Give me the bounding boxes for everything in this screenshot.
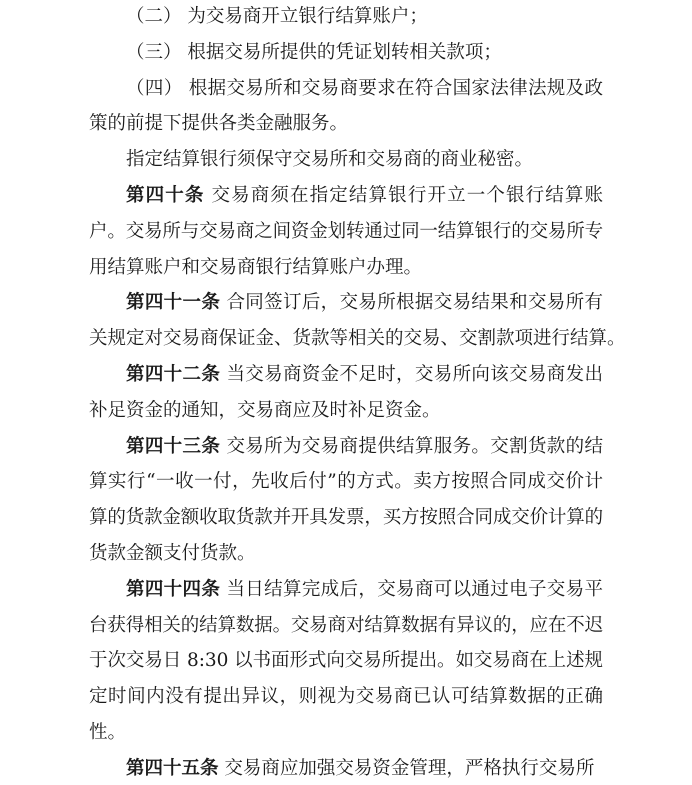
line-text: 策的前提下提供各类金融服务。 bbox=[89, 113, 348, 134]
article-number: 第四十二条 bbox=[126, 364, 220, 385]
text-line: 算实行“一收一付，先收后付”的方式。卖方按照合同成交价计 bbox=[89, 464, 603, 500]
article-number: 第四十五条 bbox=[126, 758, 219, 779]
text-line: 第四十四条 当日结算完成后，交易商可以通过电子交易平 bbox=[89, 572, 603, 608]
document-page: （二） 为交易商开立银行结算账户；（三） 根据交易所提供的凭证划转相关款项；（四… bbox=[89, 0, 603, 785]
article-paragraph: 第四十四条 当日结算完成后，交易商可以通过电子交易平台获得相关的结算数据。交易商… bbox=[89, 572, 603, 751]
text-line: 货款金额支付货款。 bbox=[89, 536, 603, 572]
line-text: （四） 根据交易所和交易商要求在符合国家法律法规及政 bbox=[126, 78, 603, 99]
article-paragraph: 第四十条 交易商须在指定结算银行开立一个银行结算账户。交易所与交易商之间资金划转… bbox=[89, 178, 603, 285]
article-number: 第四十条 bbox=[126, 185, 205, 206]
text-line: 用结算账户和交易商银行结算账户办理。 bbox=[89, 250, 603, 286]
text-line: 定时间内没有提出异议，则视为交易商已认可结算数据的正确 bbox=[89, 679, 603, 715]
text-line: 关规定对交易商保证金、货款等相关的交易、交割款项进行结算。 bbox=[89, 321, 603, 357]
line-text: 当日结算完成后，交易商可以通过电子交易平 bbox=[226, 579, 603, 600]
text-line: 第四十三条 交易所为交易商提供结算服务。交割货款的结 bbox=[89, 429, 603, 465]
line-text: （二） 为交易商开立银行结算账户； bbox=[126, 6, 428, 27]
line-text: 当交易商资金不足时，交易所向该交易商发出 bbox=[226, 364, 603, 385]
text-line: 指定结算银行须保守交易所和交易商的商业秘密。 bbox=[89, 142, 603, 178]
line-text: 算的货款金额收取货款并开具发票，买方按照合同成交价计算的 bbox=[89, 507, 603, 528]
text-line: 第四十二条 当交易商资金不足时，交易所向该交易商发出 bbox=[89, 357, 603, 393]
text-line: 策的前提下提供各类金融服务。 bbox=[89, 106, 603, 142]
line-text: 合同签订后，交易所根据交易结果和交易所有 bbox=[226, 292, 603, 313]
text-line: 于次交易日 8:30 以书面形式向交易所提出。如交易商在上述规 bbox=[89, 643, 603, 679]
line-text: 性。 bbox=[89, 722, 126, 743]
line-text: 交易商须在指定结算银行开立一个银行结算账 bbox=[212, 185, 603, 206]
text-line: 户。交易所与交易商之间资金划转通过同一结算银行的交易所专 bbox=[89, 214, 603, 250]
article-number: 第四十三条 bbox=[126, 436, 220, 457]
line-text: 货款金额支付货款。 bbox=[89, 543, 256, 564]
clause-paragraph: （三） 根据交易所提供的凭证划转相关款项； bbox=[89, 35, 603, 71]
line-text: 算实行“一收一付，先收后付”的方式。卖方按照合同成交价计 bbox=[89, 471, 603, 492]
line-text: 定时间内没有提出异议，则视为交易商已认可结算数据的正确 bbox=[89, 686, 603, 707]
line-text: 补足资金的通知，交易商应及时补足资金。 bbox=[89, 400, 441, 421]
line-text: 交易商应加强交易资金管理，严格执行交易所 bbox=[224, 758, 594, 779]
article-number: 第四十四条 bbox=[126, 579, 220, 600]
text-line: （二） 为交易商开立银行结算账户； bbox=[89, 0, 603, 35]
article-paragraph: 第四十五条 交易商应加强交易资金管理，严格执行交易所 bbox=[89, 751, 603, 785]
text-line: 第四十条 交易商须在指定结算银行开立一个银行结算账 bbox=[89, 178, 603, 214]
text-line: （三） 根据交易所提供的凭证划转相关款项； bbox=[89, 35, 603, 71]
line-text: 台获得相关的结算数据。交易商对结算数据有异议的，应在不迟 bbox=[89, 615, 603, 636]
article-number: 第四十一条 bbox=[126, 292, 220, 313]
text-line: 第四十一条 合同签订后，交易所根据交易结果和交易所有 bbox=[89, 285, 603, 321]
text-line: 第四十五条 交易商应加强交易资金管理，严格执行交易所 bbox=[89, 751, 603, 785]
text-line: 性。 bbox=[89, 715, 603, 751]
text-line: 台获得相关的结算数据。交易商对结算数据有异议的，应在不迟 bbox=[89, 608, 603, 644]
article-paragraph: 第四十一条 合同签订后，交易所根据交易结果和交易所有关规定对交易商保证金、货款等… bbox=[89, 285, 603, 357]
text-line: （四） 根据交易所和交易商要求在符合国家法律法规及政 bbox=[89, 71, 603, 107]
text-line: 算的货款金额收取货款并开具发票，买方按照合同成交价计算的 bbox=[89, 500, 603, 536]
line-text: （三） 根据交易所提供的凭证划转相关款项； bbox=[126, 42, 502, 63]
clause-paragraph: 指定结算银行须保守交易所和交易商的商业秘密。 bbox=[89, 142, 603, 178]
line-text: 于次交易日 8:30 以书面形式向交易所提出。如交易商在上述规 bbox=[89, 650, 603, 671]
line-text: 指定结算银行须保守交易所和交易商的商业秘密。 bbox=[126, 149, 533, 170]
article-paragraph: 第四十三条 交易所为交易商提供结算服务。交割货款的结算实行“一收一付，先收后付”… bbox=[89, 429, 603, 572]
clause-paragraph: （四） 根据交易所和交易商要求在符合国家法律法规及政策的前提下提供各类金融服务。 bbox=[89, 71, 603, 143]
line-text: 关规定对交易商保证金、货款等相关的交易、交割款项进行结算。 bbox=[89, 328, 626, 349]
line-text: 用结算账户和交易商银行结算账户办理。 bbox=[89, 257, 422, 278]
article-paragraph: 第四十二条 当交易商资金不足时，交易所向该交易商发出补足资金的通知，交易商应及时… bbox=[89, 357, 603, 429]
line-text: 交易所为交易商提供结算服务。交割货款的结 bbox=[226, 436, 603, 457]
text-line: 补足资金的通知，交易商应及时补足资金。 bbox=[89, 393, 603, 429]
clause-paragraph: （二） 为交易商开立银行结算账户； bbox=[89, 0, 603, 35]
line-text: 户。交易所与交易商之间资金划转通过同一结算银行的交易所专 bbox=[89, 221, 603, 242]
